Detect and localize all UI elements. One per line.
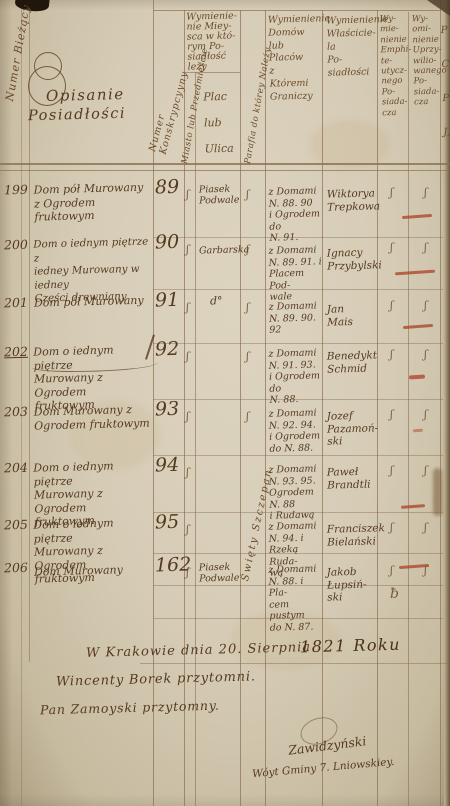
ditto-mark: ʃ [246,188,249,201]
house-number: 93 [155,398,190,421]
bordering-properties: z Domami N. 89. 90. 92 [269,300,324,336]
street-name: Piasek Podwale [199,561,242,584]
ditto-mark: ʃ [390,299,393,312]
ditto-mark: ʃ [424,521,427,534]
ditto-mark: ʃ [390,564,393,577]
column-header-owners: Wymienienie Właścicie- la Po- siadłości [326,13,378,79]
table-rule-v [440,0,441,806]
ditto-mark: ʃ [186,466,189,479]
row-number: 201 [4,295,32,311]
ditto-mark: ʃ [424,464,427,477]
row-number: 203 [4,404,32,420]
red-dash [409,374,425,379]
owner-name: Ignacy Przybylski [327,246,380,272]
ditto-mark: ʃ [424,408,427,421]
column-header-privileged: Wy- omi- nienie Uprzy- wilio- wanego Po-… [412,14,440,108]
property-description: Dom pół Murowany z Ogrodem fruktowym [33,180,156,224]
signature-name: Zawidzyński [287,733,367,757]
property-description: Dom pół Murowany [34,293,156,310]
owner-name: Jozef Pazamoń- ski [327,409,380,448]
table-rule-h [0,163,450,165]
house-number: 90 [155,231,190,254]
table-rule-h [0,170,450,171]
ditto-mark: ʃ [186,566,189,579]
ditto-mark: ʃ [424,348,427,361]
row-separator [153,343,443,344]
ditto-mark: ʃ [390,464,393,477]
row-number: 199 [4,182,32,198]
bordering-properties: z Domami N. 88. i Pla- cem pustym do N. … [268,563,324,633]
row-number: 200 [4,237,32,253]
owner-name: Paweł Brandtli [327,465,380,491]
ditto-mark: ʃ [390,186,393,199]
bordering-properties: z Domami N. 88. 90 i Ogrodem do N. 91. [268,185,323,244]
witness-line: Wincenty Borek przytomni. [56,669,256,689]
edge-letters: P C P J, [440,14,450,150]
house-number: 162 [155,554,190,577]
signature-title: Wóyt Gminy 7. Lniowskiey. [252,756,395,780]
ditto-mark: ʃ [390,521,393,534]
street-name: Piasek Podwale [199,183,242,206]
column-header-street: Plac lub Ulica [203,84,243,163]
bordering-properties: z Domami N. 93. 95. Ogrodem N. 88 i Ruda… [268,463,323,522]
date-year: 1821 Roku [300,635,401,657]
house-number: 94 [155,454,190,477]
red-dash [413,429,423,433]
house-number: 91 [155,289,190,312]
ditto-mark: ʃ [186,188,189,201]
table-rule-v [265,10,266,806]
row-number: 202 [4,344,32,360]
bordering-properties: z Domami N. 89. 91. i Placem Pod- wale [268,244,323,303]
ditto-mark: ʃ [246,350,249,363]
ditto-mark: ʃ [186,243,189,256]
owner-name: Franciszek Bielański [327,522,380,548]
property-description: Dom Murowany z Ogrodem fruktowym [34,402,157,432]
red-dash [401,504,425,509]
column-header-place: Wymienie- nie Miey- sca w któ- rym Po- s… [186,11,240,72]
bordering-properties: z Domami N. 91. 93. i Ogrodem do N. 88. [268,347,323,406]
witness-line: Pan Zamoyski przytomny. [40,698,220,718]
ditto-mark: ʃ [186,301,189,314]
row-separator [153,455,443,456]
manuscript-page: Numer Bieżący Opisanie Posiadłości Numer… [0,0,450,806]
red-dash [403,324,433,329]
ditto-mark: ʃ [246,301,249,314]
owner-name: Jan Mais [327,302,380,328]
ditto-mark: ʃ [390,408,393,421]
street-name [199,405,241,406]
owner-name: Jakob Łupsiń- ski [327,565,380,604]
ditto-mark: ʃ [424,299,427,312]
table-rule-v [195,72,196,806]
ditto-mark: ʃ [186,523,189,536]
row-number: 205 [4,517,32,533]
ditto-mark: ʃ [390,348,393,361]
column-header-borders: Wymienienie Domów lub Placów z Któremi G… [268,13,322,104]
street-name [199,345,241,346]
house-number: 89 [155,176,190,199]
crossed-b-mark: ƀ [390,586,399,602]
ditto-mark: ʃ [390,241,393,254]
owner-name: Wiktorya Trepkowa [327,187,380,213]
table-rule-v [408,12,409,806]
page-title: Opisanie [46,85,125,105]
house-number: 92 [155,338,190,361]
owner-name: Benedykt Schmid [327,349,380,375]
ditto-mark: ʃ [424,186,427,199]
ditto-mark: ʃ [246,243,249,256]
house-number: 95 [155,511,190,534]
ditto-mark: ʃ [424,241,427,254]
street-name: Garbarska [199,244,241,256]
row-number: 206 [4,560,32,576]
page-title: Posiadłości [28,106,126,125]
column-header-emphyteutic: Wy- mie- nienie Emphi- te- utycz- nego P… [380,14,409,119]
ditto-mark: ʃ [246,410,249,423]
street-name [199,518,241,519]
edge-smudge [433,468,442,516]
street-name [199,461,241,462]
red-dash [402,214,432,219]
red-dash [395,270,435,276]
footer-rule [140,663,448,664]
table-rule-v [377,10,378,806]
row-number: 204 [4,460,32,476]
ditto-mark: ʃ [186,410,189,423]
ditto-mark: ʃ [186,350,189,363]
